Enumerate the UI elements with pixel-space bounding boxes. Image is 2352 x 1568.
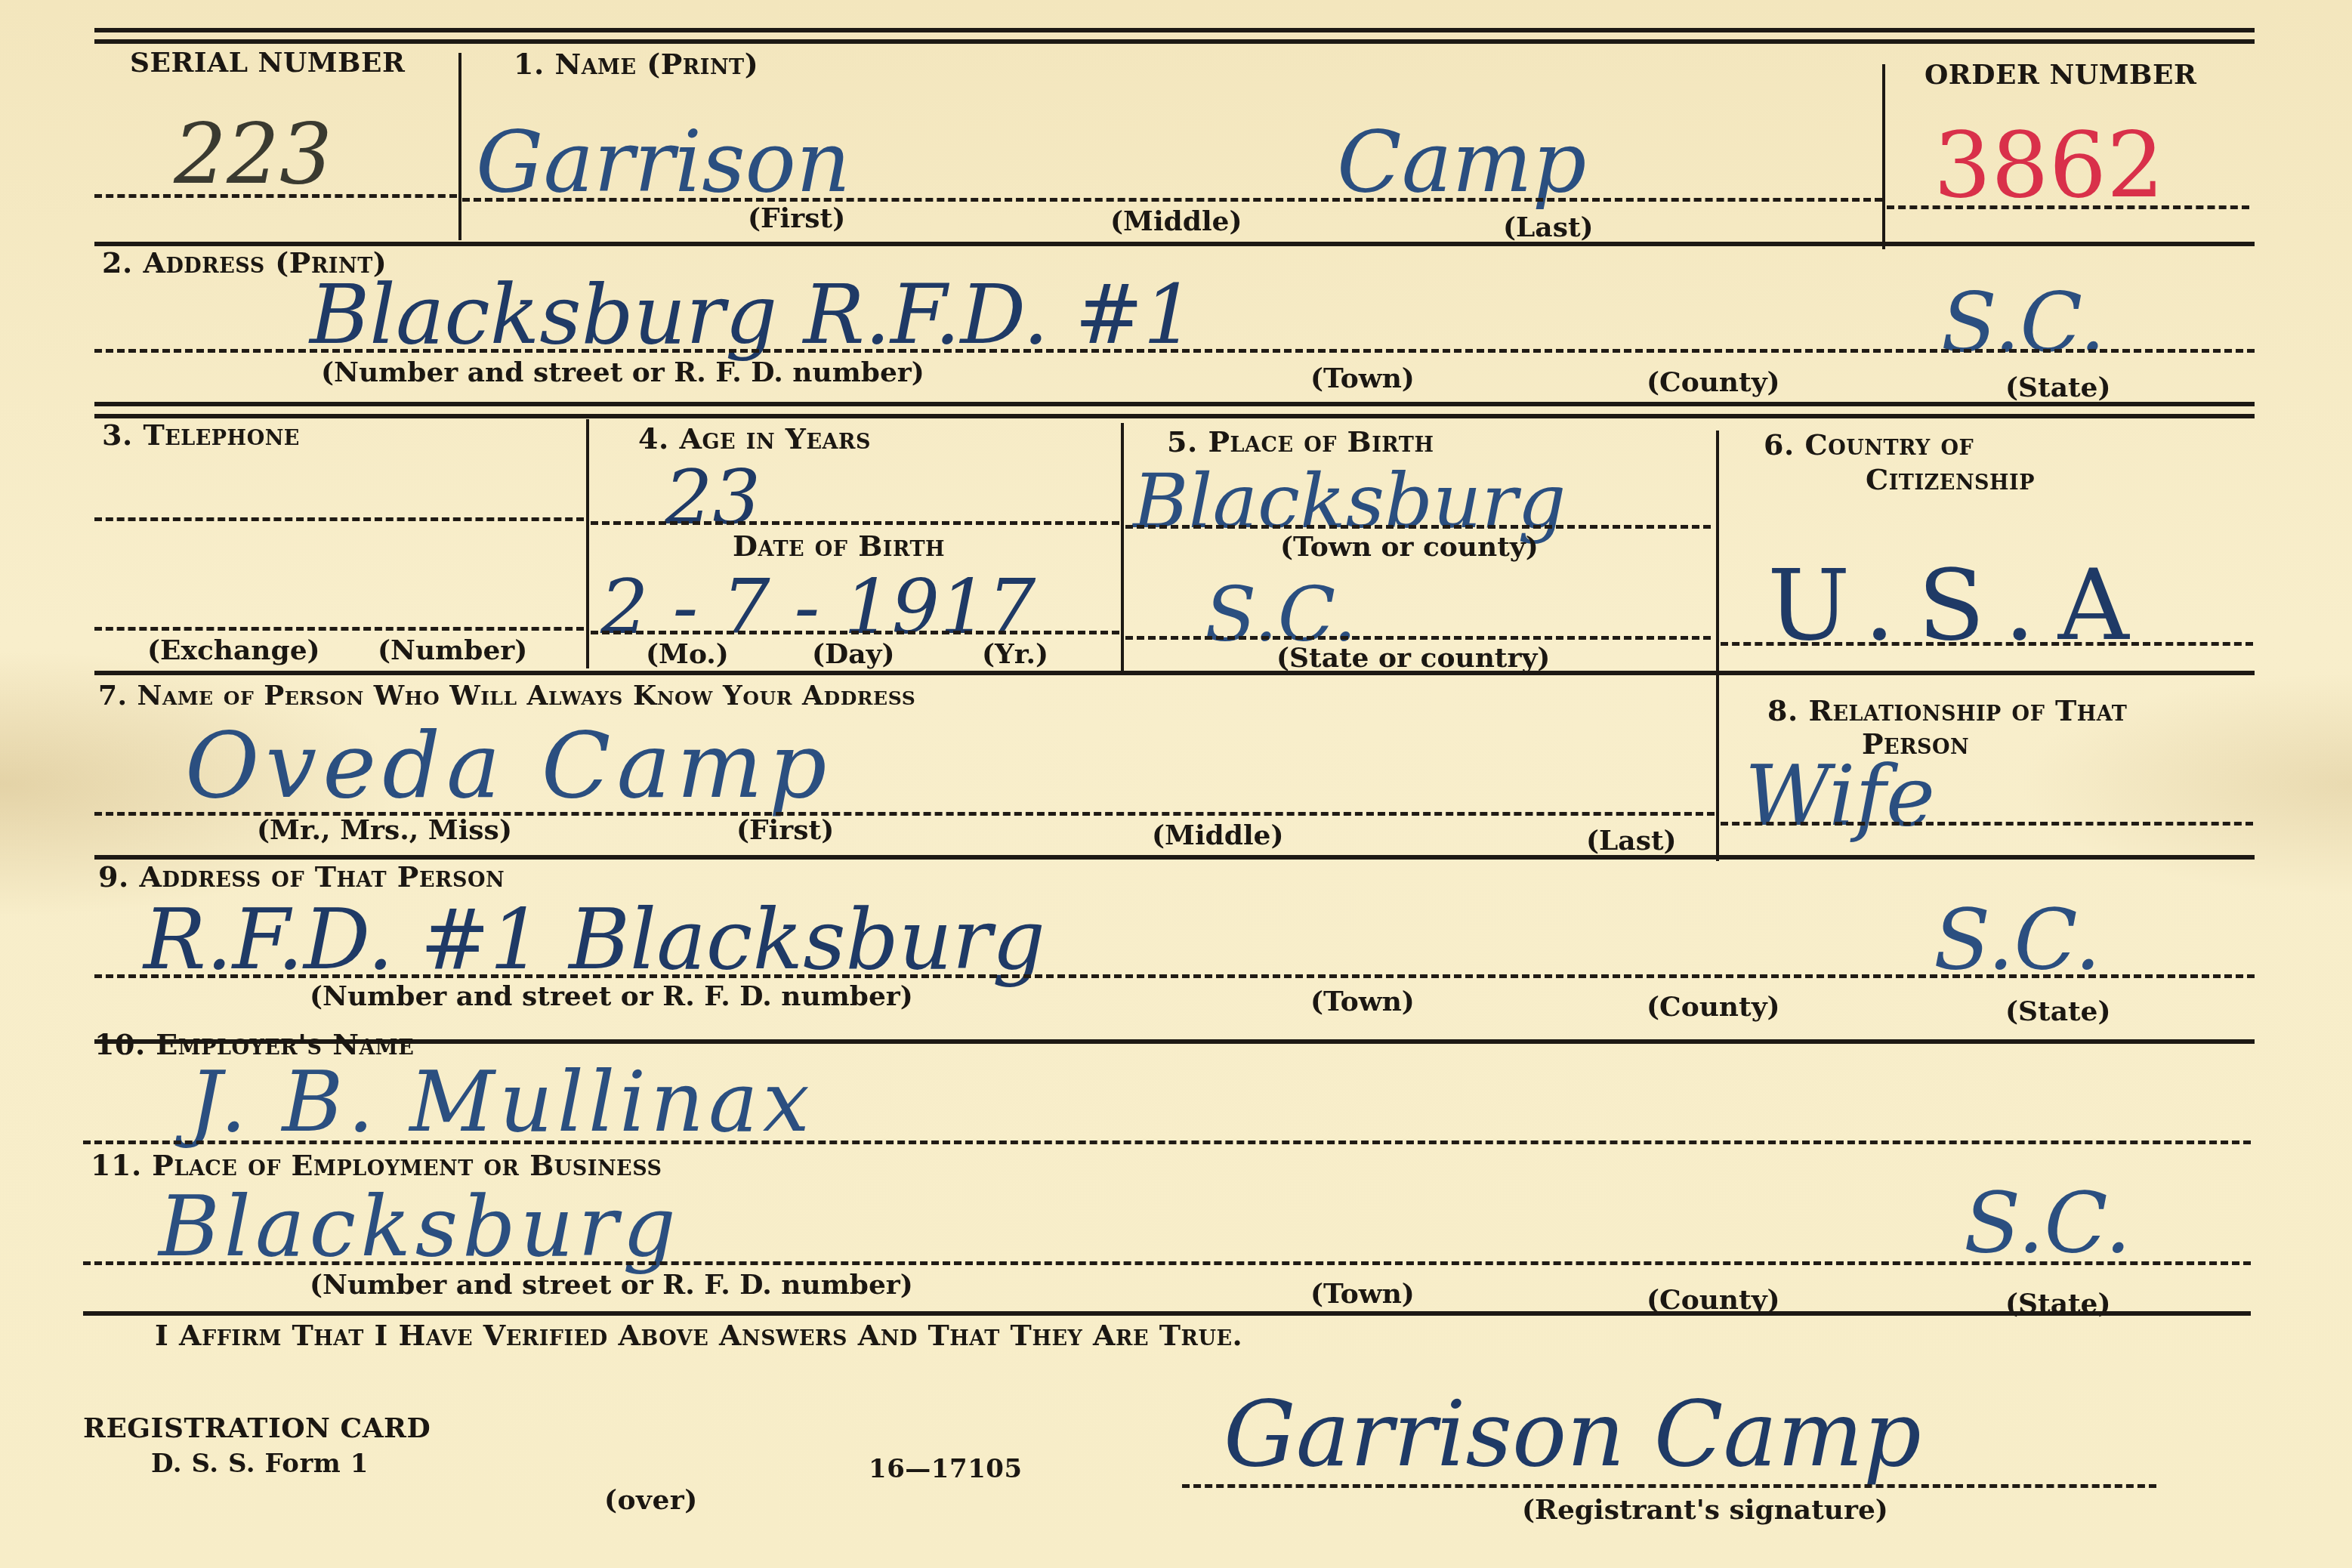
contact-person-value[interactable]: Oveda Camp bbox=[185, 714, 833, 819]
address-street-caption: (Number and street or R. F. D. number) bbox=[321, 357, 924, 388]
print-code: 16—17105 bbox=[869, 1454, 1023, 1484]
citizenship-label-1: 6. Country of bbox=[1764, 427, 1974, 461]
serial-name-divider bbox=[458, 53, 461, 240]
name-line bbox=[462, 198, 1882, 202]
dob-yr-caption: (Yr.) bbox=[982, 638, 1048, 670]
serial-number-line bbox=[94, 194, 457, 198]
contact-address-label: 9. Address of That Person bbox=[98, 860, 505, 894]
address-state-caption: (State) bbox=[2005, 372, 2111, 403]
employer-value[interactable]: J. B. Mullinax bbox=[189, 1054, 814, 1150]
citizenship-line bbox=[1721, 642, 2253, 646]
contact-first-caption: (First) bbox=[736, 814, 834, 846]
contact-title-caption: (Mr., Mrs., Miss) bbox=[257, 814, 512, 846]
order-number-label: ORDER NUMBER bbox=[1925, 59, 2196, 91]
contact-address-street-caption: (Number and street or R. F. D. number) bbox=[310, 980, 913, 1012]
rule-after-row3 bbox=[94, 671, 2255, 675]
dob-line bbox=[591, 631, 1119, 634]
contact-address-town-caption: (Town) bbox=[1310, 986, 1415, 1017]
employment-place-line bbox=[83, 1261, 2251, 1265]
signature-caption: (Registrant's signature) bbox=[1522, 1494, 1888, 1526]
dob-label: Date of Birth bbox=[733, 529, 945, 563]
order-number-line bbox=[1887, 205, 2249, 209]
relationship-label-1: 8. Relationship of That bbox=[1767, 693, 2127, 727]
address-state-value[interactable]: S.C. bbox=[1941, 276, 2106, 370]
employment-place-street-value[interactable]: Blacksburg bbox=[159, 1178, 681, 1275]
relationship-line bbox=[1721, 822, 2253, 826]
serial-number-value[interactable]: 223 bbox=[174, 106, 332, 202]
affirmation-text: I Affirm That I Have Verified Above Answ… bbox=[155, 1318, 1242, 1352]
form-id: D. S. S. Form 1 bbox=[151, 1449, 369, 1479]
telephone-line-2 bbox=[94, 627, 584, 631]
top-rule-2 bbox=[94, 39, 2255, 44]
birth-state-caption: (State or country) bbox=[1276, 642, 1550, 674]
name-order-divider bbox=[1882, 64, 1885, 249]
birth-town-line bbox=[1125, 525, 1711, 529]
employment-place-label: 11. Place of Employment or Business bbox=[91, 1148, 662, 1182]
age-line bbox=[591, 521, 1119, 525]
birth-citizenship-divider bbox=[1716, 431, 1719, 680]
registration-card-title: REGISTRATION CARD bbox=[83, 1412, 431, 1444]
contact-address-line bbox=[94, 974, 2255, 978]
name-first-value[interactable]: Garrison bbox=[476, 113, 850, 211]
contact-middle-caption: (Middle) bbox=[1152, 819, 1284, 851]
birth-state-line bbox=[1125, 636, 1711, 640]
top-rule-1 bbox=[94, 28, 2255, 32]
address-town-caption: (Town) bbox=[1310, 363, 1415, 394]
rule-after-row7 bbox=[83, 1311, 2251, 1316]
rule-after-address-1 bbox=[94, 402, 2255, 406]
name-middle-caption: (Middle) bbox=[1110, 205, 1242, 237]
name-label: 1. Name (Print) bbox=[514, 47, 758, 81]
contact-address-state-caption: (State) bbox=[2005, 995, 2111, 1027]
birth-place-label: 5. Place of Birth bbox=[1167, 424, 1434, 458]
contact-address-street-value[interactable]: R.F.D. #1 Blacksburg bbox=[144, 891, 1045, 988]
employer-line bbox=[83, 1141, 2251, 1144]
rule-after-row5 bbox=[94, 1039, 2255, 1044]
birth-town-caption: (Town or county) bbox=[1280, 531, 1539, 563]
rule-after-address-2 bbox=[94, 414, 2255, 418]
contact-relationship-divider bbox=[1716, 680, 1719, 861]
telephone-exchange-caption: (Exchange) bbox=[147, 634, 320, 666]
contact-address-state-value[interactable]: S.C. bbox=[1934, 891, 2101, 988]
citizenship-label-2: Citizenship bbox=[1866, 462, 2035, 496]
signature-line bbox=[1182, 1484, 2156, 1488]
employment-street-caption: (Number and street or R. F. D. number) bbox=[310, 1269, 913, 1301]
telephone-number-caption: (Number) bbox=[378, 634, 527, 666]
employment-town-caption: (Town) bbox=[1310, 1278, 1415, 1310]
over-label: (over) bbox=[604, 1484, 698, 1516]
name-last-caption: (Last) bbox=[1503, 211, 1594, 243]
address-line bbox=[94, 349, 2255, 353]
contact-address-county-caption: (County) bbox=[1647, 991, 1780, 1023]
registrant-signature[interactable]: Garrison Camp bbox=[1224, 1382, 1921, 1487]
age-label: 4. Age in Years bbox=[638, 421, 871, 455]
contact-last-caption: (Last) bbox=[1586, 825, 1677, 857]
telephone-line-1 bbox=[94, 517, 584, 521]
employment-place-state-value[interactable]: S.C. bbox=[1964, 1174, 2131, 1271]
rule-after-name bbox=[94, 242, 2255, 246]
telephone-age-divider bbox=[586, 419, 589, 668]
name-first-caption: (First) bbox=[748, 202, 845, 234]
name-last-value[interactable]: Camp bbox=[1337, 113, 1586, 211]
contact-person-label: 7. Name of Person Who Will Always Know Y… bbox=[98, 680, 915, 711]
address-county-caption: (County) bbox=[1647, 366, 1780, 398]
serial-number-label: SERIAL NUMBER bbox=[130, 47, 405, 79]
age-birth-divider bbox=[1121, 423, 1124, 672]
dob-mo-caption: (Mo.) bbox=[646, 638, 729, 670]
telephone-label: 3. Telephone bbox=[102, 418, 300, 452]
order-number-value[interactable]: 3862 bbox=[1934, 113, 2164, 218]
relationship-value[interactable]: Wife bbox=[1745, 748, 1935, 844]
dob-day-caption: (Day) bbox=[812, 638, 895, 670]
